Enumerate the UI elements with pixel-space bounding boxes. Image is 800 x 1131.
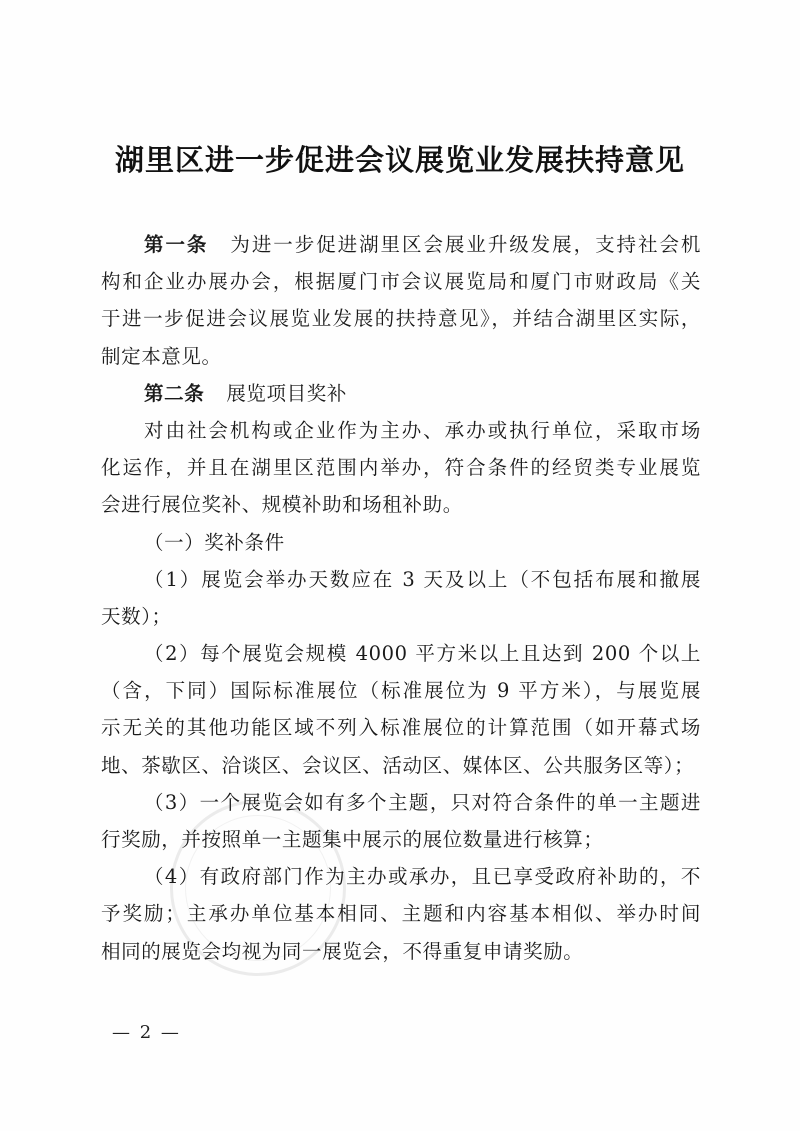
- condition-4-line-1: （4）有政府部门作为主办或承办，且已享受政府补助的，不: [101, 858, 701, 895]
- article-2-label: 第二条: [144, 382, 204, 405]
- condition-4-line-2: 予奖励；主承办单位基本相同、主题和内容基本相似、举办时间: [101, 895, 701, 932]
- condition-2-line-1: （2）每个展览会规模 4000 平方米以上且达到 200 个以上: [101, 635, 701, 672]
- article-1-label: 第一条: [144, 233, 208, 256]
- document-page: 湖里区进一步促进会议展览业发展扶持意见 第一条为进一步促进湖里区会展业升级发展，…: [0, 0, 800, 1131]
- article-2-intro-line-1: 对由社会机构或企业作为主办、承办或执行单位，采取市场: [101, 412, 701, 449]
- article-1-text: 为进一步促进湖里区会展业升级发展，支持社会机: [230, 233, 701, 256]
- condition-3-line-2: 行奖励，并按照单一主题集中展示的展位数量进行核算；: [101, 821, 701, 858]
- condition-1-line-1: （1）展览会举办天数应在 3 天及以上（不包括布展和撤展: [101, 561, 701, 598]
- article-1-line-2: 构和企业办展办会，根据厦门市会议展览局和厦门市财政局《关: [101, 263, 701, 300]
- condition-2-line-2: （含，下同）国际标准展位（标准展位为 9 平方米），与展览展: [101, 672, 701, 709]
- article-2-heading-text: 展览项目奖补: [226, 382, 347, 405]
- section-heading-conditions: （一）奖补条件: [101, 524, 701, 561]
- condition-2-line-3: 示无关的其他功能区域不列入标准展位的计算范围（如开幕式场: [101, 709, 701, 746]
- document-body: 第一条为进一步促进湖里区会展业升级发展，支持社会机 构和企业办展办会，根据厦门市…: [101, 226, 701, 970]
- article-1-line-1: 第一条为进一步促进湖里区会展业升级发展，支持社会机: [101, 226, 701, 263]
- page-number: — 2 —: [112, 1022, 181, 1043]
- article-1-line-3: 于进一步促进会议展览业发展的扶持意见》，并结合湖里区实际，: [101, 300, 701, 337]
- article-2-intro-line-3: 会进行展位奖补、规模补助和场租补助。: [101, 486, 701, 523]
- condition-1-line-2: 天数）；: [101, 598, 701, 635]
- condition-4-line-3: 相同的展览会均视为同一展览会，不得重复申请奖励。: [101, 933, 701, 970]
- article-2-heading: 第二条展览项目奖补: [101, 375, 701, 412]
- article-1-line-4: 制定本意见。: [101, 338, 701, 375]
- condition-3-line-1: （3）一个展览会如有多个主题，只对符合条件的单一主题进: [101, 784, 701, 821]
- article-2-intro-line-2: 化运作，并且在湖里区范围内举办，符合条件的经贸类专业展览: [101, 449, 701, 486]
- condition-2-line-4: 地、茶歇区、洽谈区、会议区、活动区、媒体区、公共服务区等）；: [101, 747, 701, 784]
- document-title: 湖里区进一步促进会议展览业发展扶持意见: [0, 138, 800, 179]
